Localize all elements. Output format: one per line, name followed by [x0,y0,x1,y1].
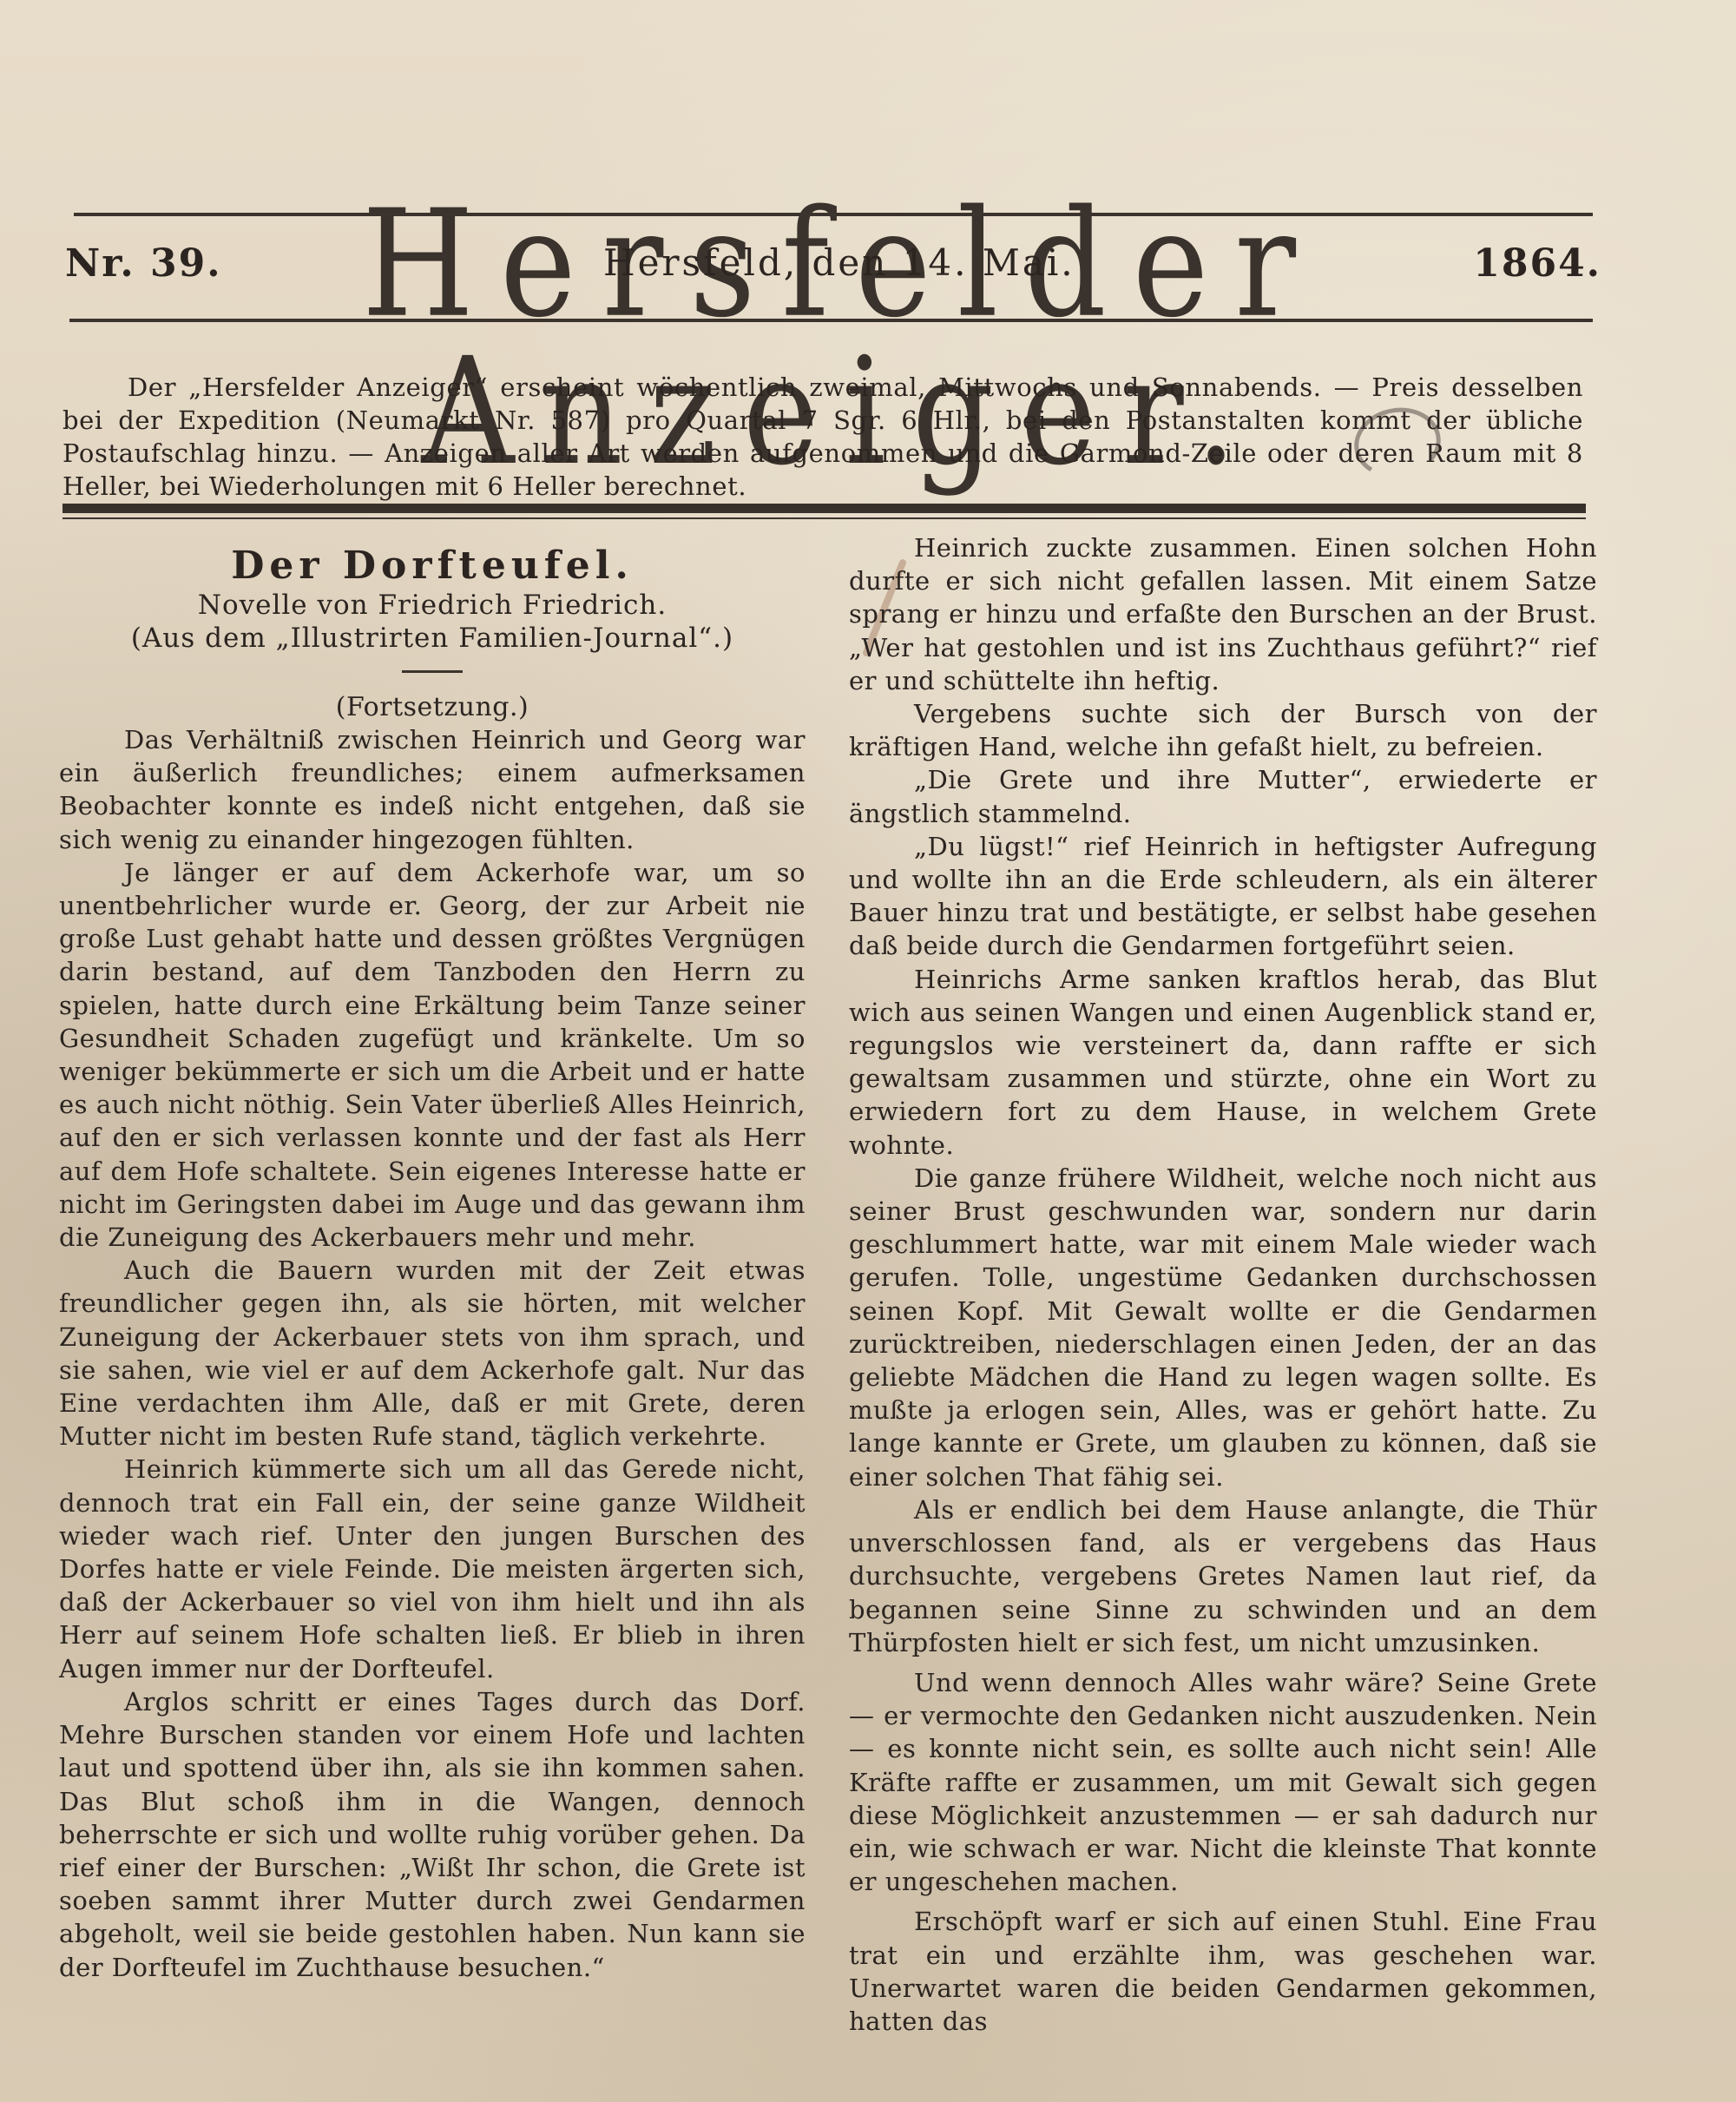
article-title: Der Dorfteufel. [59,544,806,589]
article-continuation: (Fortsetzung.) [59,692,806,723]
issue-year: 1864. [1473,241,1601,286]
paragraph: Als er endlich bei dem Hause anlangte, d… [849,1493,1597,1659]
paragraph: Heinrich kümmerte sich um all das Gerede… [59,1453,806,1684]
paragraph: Erschöpft warf er sich auf einen Stuhl. … [849,1905,1597,2038]
article-divider [402,670,463,673]
paragraph: Das Verhältniß zwischen Heinrich und Geo… [59,723,806,856]
paragraph: Die ganze frühere Wildheit, welche noch … [849,1162,1597,1493]
paragraph: Und wenn dennoch Alles wahr wäre? Seine … [849,1666,1597,1898]
issue-rule [69,319,1593,322]
paragraph: „Du lügst!“ rief Heinrich in heftigster … [849,830,1597,963]
issue-place-date: Hersfeld, den 14. Mai. [603,241,1075,284]
newspaper-page: Hersfelder Anzeiger. Nr. 39. Hersfeld, d… [0,0,1736,2102]
paragraph: Vergebens suchte sich der Bursch von der… [849,697,1597,763]
section-rule-thick [62,504,1586,513]
paragraph: Heinrichs Arme sanken kraftlos herab, da… [849,963,1597,1162]
article-column-right: Heinrich zuckte zusammen. Einen solchen … [849,531,1597,2038]
section-rule-thin [62,517,1586,519]
article-source: (Aus dem „Illustrirten Familien-Journal“… [59,622,806,655]
issue-line: Nr. 39. Hersfeld, den 14. Mai. 1864. [65,241,1601,293]
paragraph: Auch die Bauern wurden mit der Zeit etwa… [59,1254,806,1453]
masthead-rule [74,213,1593,216]
article-column-left: Der Dorfteufel. Novelle von Friedrich Fr… [59,531,806,1984]
paragraph: Arglos schritt er eines Tages durch das … [59,1685,806,1984]
paragraph: Je länger er auf dem Ackerhofe war, um s… [59,856,806,1254]
issue-number: Nr. 39. [65,241,222,286]
paragraph: Heinrich zuckte zusammen. Einen solchen … [849,531,1597,697]
article-subtitle: Novelle von Friedrich Friedrich. [59,589,806,622]
paragraph: „Die Grete und ihre Mutter“, erwiederte … [849,763,1597,829]
